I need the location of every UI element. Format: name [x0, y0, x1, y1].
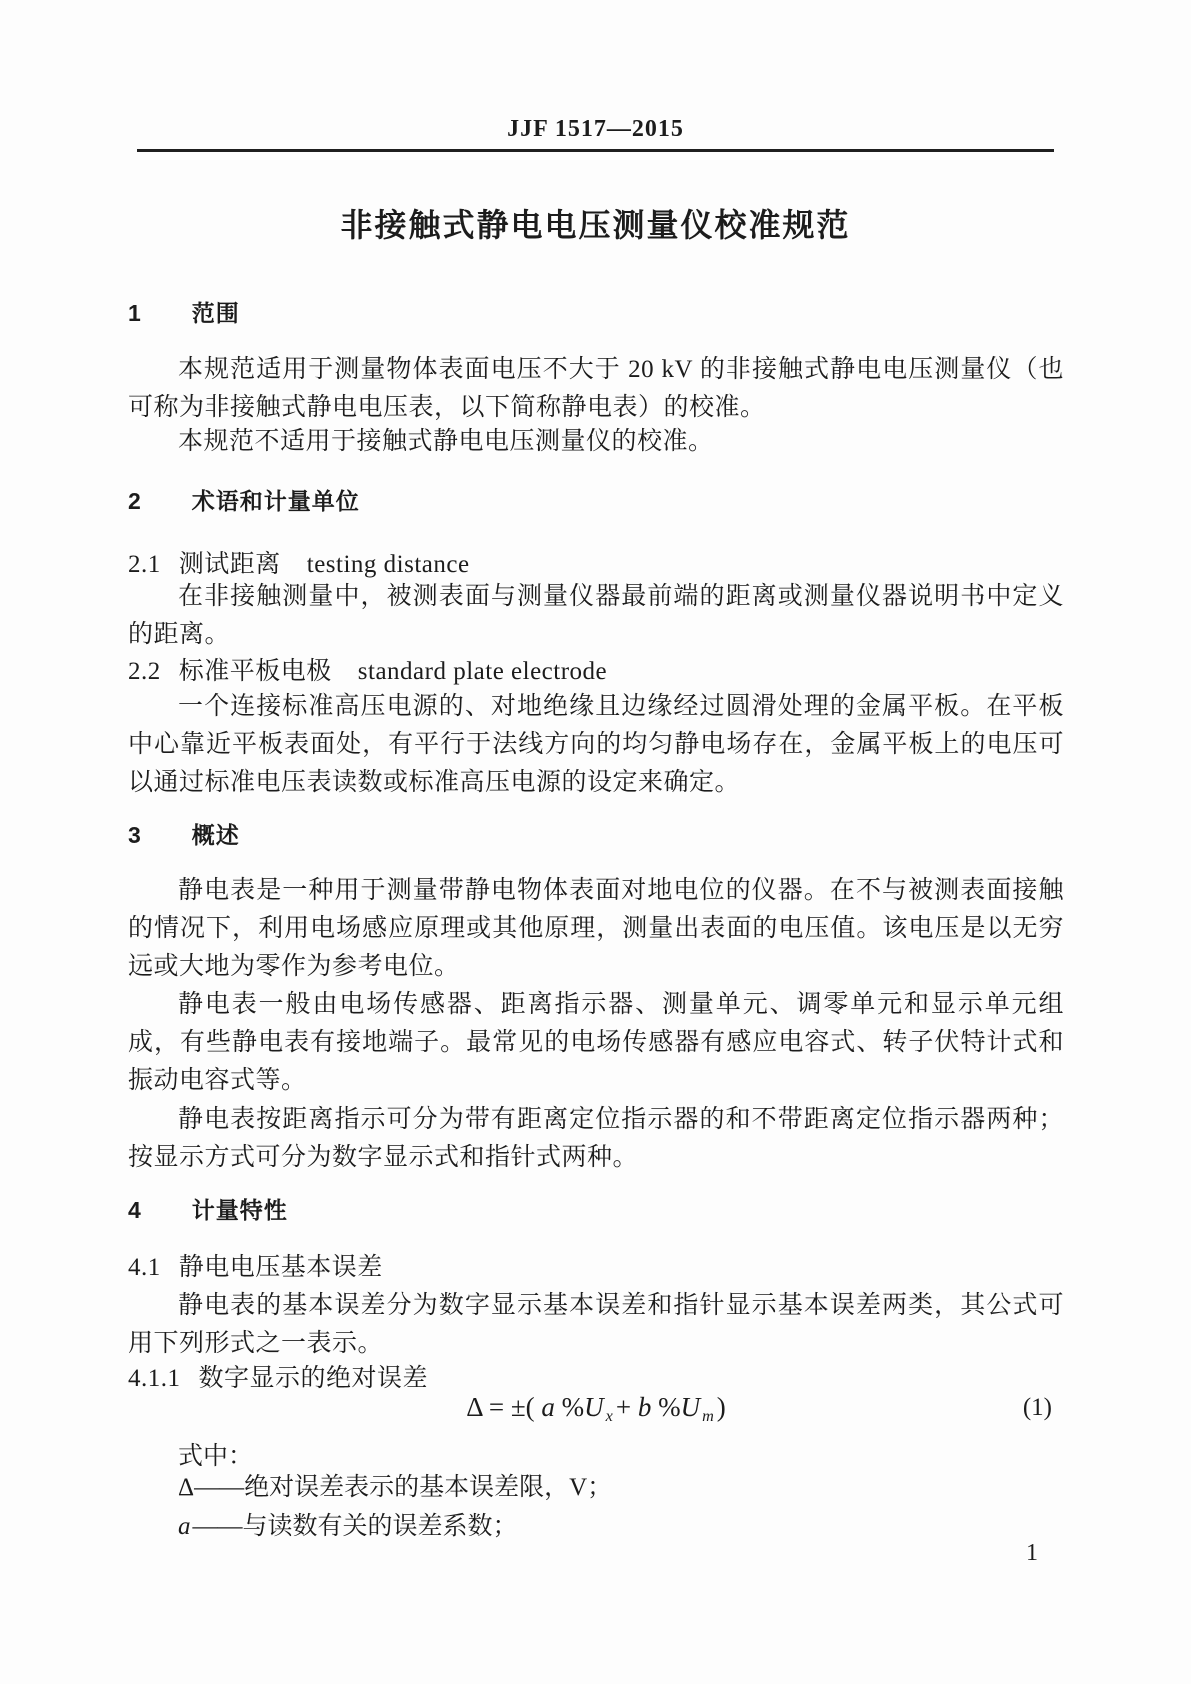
section-4-heading: 4计量特性	[128, 1192, 1064, 1225]
section-4-1-paragraph: 静电表的基本误差分为数字显示基本误差和指针显示基本误差两类，其公式可用下列形式之…	[128, 1287, 1064, 1363]
running-header-standard-number: JJF 1517—2015	[0, 116, 1191, 143]
equation-segment: U	[681, 1392, 701, 1422]
term-chinese: 测试距离	[179, 551, 281, 578]
header-rule	[137, 149, 1054, 152]
section-2-1-heading: 2.1测试距离testing distance	[128, 544, 1064, 580]
definition-item: Δ——绝对误差表示的基本误差限，V；	[128, 1468, 1064, 1507]
section-title: 概述	[192, 822, 240, 848]
equation-segment: a	[541, 1392, 555, 1422]
term-chinese: 标准平板电极	[179, 658, 332, 685]
section-2-heading: 2术语和计量单位	[128, 483, 1064, 516]
equation-segment: m	[702, 1407, 714, 1425]
section-number: 1	[128, 300, 142, 327]
section-1-heading: 1范围	[128, 295, 1064, 328]
definition-item: a——与读数有关的误差系数；	[128, 1507, 1064, 1546]
subsection-number: 2.1	[128, 551, 161, 579]
section-4-1-1-heading: 4.1.1数字显示的绝对误差	[128, 1358, 1064, 1394]
page-number: 1	[1012, 1540, 1052, 1567]
definition-term: Δ	[178, 1474, 194, 1501]
section-3-heading: 3概述	[128, 817, 1064, 850]
equation-segment: = ±(	[482, 1392, 541, 1422]
section-title: 范围	[192, 300, 240, 326]
definition-description: ——与读数有关的误差系数；	[193, 1513, 518, 1540]
section-4-1-heading: 4.1静电电压基本误差	[128, 1247, 1064, 1283]
section-2-1-paragraph: 在非接触测量中，被测表面与测量仪器最前端的距离或测量仪器说明书中定义的距离。	[128, 578, 1064, 654]
section-number: 3	[128, 822, 142, 849]
term-english: standard plate electrode	[358, 658, 607, 685]
subsection-number: 4.1.1	[128, 1365, 181, 1393]
section-2-2-heading: 2.2标准平板电极standard plate electrode	[128, 651, 1064, 687]
section-3-paragraph-1: 静电表是一种用于测量带静电物体表面对地电位的仪器。在不与被测表面接触的情况下，利…	[128, 872, 1064, 986]
section-title: 计量特性	[192, 1197, 288, 1223]
section-1-paragraph-2: 本规范不适用于接触式静电电压测量仪的校准。	[128, 423, 1064, 461]
definition-term: a	[178, 1513, 191, 1540]
document-title: 非接触式静电电压测量仪校准规范	[0, 200, 1191, 246]
section-title: 术语和计量单位	[192, 488, 360, 514]
section-2-2-paragraph: 一个连接标准高压电源的、对地绝缘且边缘经过圆滑处理的金属平板。在平板中心靠近平板…	[128, 688, 1064, 802]
section-3-paragraph-3: 静电表按距离指示可分为带有距离定位指示器的和不带距离定位指示器两种；按显示方式可…	[128, 1101, 1064, 1177]
equation-1-row: Δ = ±( a %Ux+ b %Um) (1)	[128, 1392, 1064, 1436]
equation-segment: b	[638, 1392, 652, 1422]
equation-segment: Δ	[466, 1392, 482, 1422]
equation-segment: U	[584, 1392, 604, 1422]
subsection-title: 静电电压基本误差	[179, 1254, 383, 1281]
definition-list: Δ——绝对误差表示的基本误差限，V；a——与读数有关的误差系数；	[128, 1468, 1064, 1546]
equation-segment: %	[555, 1392, 584, 1422]
subsection-number: 4.1	[128, 1254, 161, 1282]
equation-segment: )	[717, 1392, 726, 1422]
where-label: 式中：	[128, 1436, 1064, 1472]
document-page: JJF 1517—2015 非接触式静电电压测量仪校准规范 1范围 本规范适用于…	[0, 0, 1191, 1684]
section-3-paragraph-2: 静电表一般由电场传感器、距离指示器、测量单元、调零单元和显示单元组成，有些静电表…	[128, 986, 1064, 1100]
equation-segment: x	[606, 1407, 613, 1425]
section-number: 2	[128, 488, 142, 515]
subsection-number: 2.2	[128, 658, 161, 686]
section-1-paragraph-1: 本规范适用于测量物体表面电压不大于 20 kV 的非接触式静电电压测量仪（也可称…	[128, 351, 1064, 427]
section-number: 4	[128, 1197, 142, 1224]
equation-1-number: (1)	[1023, 1394, 1052, 1422]
definition-description: ——绝对误差表示的基本误差限，V；	[194, 1474, 612, 1501]
subsection-title: 数字显示的绝对误差	[199, 1365, 429, 1392]
equation-segment: %	[651, 1392, 680, 1422]
equation-segment: +	[616, 1392, 638, 1422]
equation-1-body: Δ = ±( a %Ux+ b %Um)	[466, 1392, 726, 1426]
term-english: testing distance	[307, 551, 470, 578]
